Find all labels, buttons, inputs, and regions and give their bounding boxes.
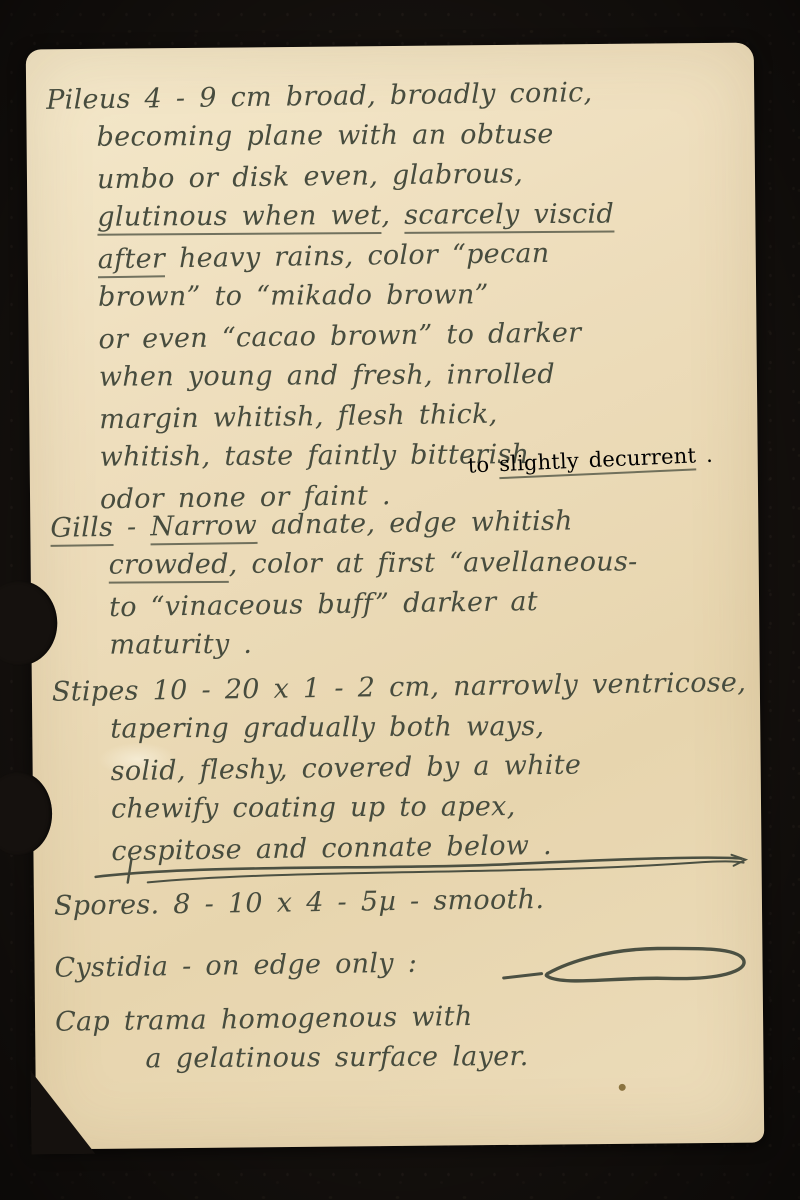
handwritten-line: chewify coating up to apex,	[111, 786, 747, 830]
underlined-text: after	[98, 243, 166, 278]
text-segment: margin whitish, flesh thick,	[99, 399, 498, 436]
text-segment: whitish, taste faintly bitterish	[100, 439, 530, 473]
text-segment: to “vinaceous buff” darker at	[109, 586, 538, 623]
text-segment: solid, fleshy, covered by a white	[110, 750, 581, 788]
handwritten-line: to “vinaceous buff” darker at	[109, 579, 745, 628]
handwritten-line: becoming plane with an obtuse	[96, 114, 740, 158]
text-segment: Stipes 10 - 20 x 1 - 2 cm, narrowly vent…	[52, 667, 747, 708]
handwritten-line: a gelatinous surface layer.	[145, 1036, 749, 1080]
section-stipe: Stipes 10 - 20 x 1 - 2 cm, narrowly vent…	[46, 665, 748, 872]
text-segment: -	[113, 511, 151, 543]
handwritten-line: Gills - Narrow adnate, edge whitish	[50, 499, 744, 549]
handwritten-line: glutinous when wet, scarcely viscid	[97, 194, 741, 238]
underlined-text: Narrow	[150, 510, 257, 545]
text-segment: maturity .	[109, 629, 252, 661]
handwritten-line: solid, fleshy, covered by a white	[110, 743, 746, 792]
text-segment: tapering gradually both ways,	[110, 711, 544, 745]
notebook-page: Pileus 4 - 9 cm broad, broadly conic, be…	[26, 43, 765, 1150]
handwritten-line: umbo or disk even, glabrous,	[97, 151, 741, 200]
underlined-text: crowded	[109, 549, 229, 584]
text-segment: becoming plane with an obtuse	[96, 119, 553, 153]
handwritten-line: or even “cacao brown” to darker	[98, 311, 742, 360]
text-segment: or even “cacao brown” to darker	[98, 317, 581, 355]
handwritten-line: brown” to “mikado brown”	[98, 274, 742, 318]
text-segment: brown” to “mikado brown”	[98, 279, 489, 312]
text-segment: heavy rains, color “pecan	[165, 238, 550, 274]
text-segment: Cap trama homogenous with	[55, 1001, 473, 1038]
handwritten-line: margin whitish, flesh thick,	[99, 391, 743, 440]
section-gills: Gills - Narrow adnate, edge whitish crow…	[44, 501, 746, 668]
underlined-text: Gills	[50, 512, 113, 547]
text-segment: chewify coating up to apex,	[111, 791, 516, 824]
text-segment: Pileus 4 - 9 cm broad, broadly conic,	[46, 77, 593, 116]
handwritten-line: Pileus 4 - 9 cm broad, broadly conic,	[46, 71, 740, 121]
text-segment: , color at first “avellaneous-	[229, 546, 638, 579]
text-segment: umbo or disk even, glabrous,	[97, 158, 523, 195]
pen-flourish-line	[85, 849, 753, 891]
cystidium-sketch	[489, 935, 762, 994]
handwritten-line: after heavy rains, color “pecan	[97, 231, 741, 280]
text-segment: .	[696, 443, 714, 468]
underlined-text: glutinous when wet	[97, 200, 381, 236]
handwritten-line: crowded, color at first “avellaneous-	[109, 542, 745, 586]
handwritten-line: tapering gradually both ways,	[110, 706, 746, 750]
section-cap-trama: Cap trama homogenous with a gelatinous s…	[49, 995, 750, 1082]
text-segment: adnate, edge whitish	[257, 506, 573, 541]
text-segment: to	[467, 452, 499, 477]
underlined-text: scarcely viscid	[404, 199, 614, 234]
handwritten-line: maturity .	[109, 622, 745, 666]
text-segment: ,	[381, 200, 404, 231]
text-segment: when young and fresh, inrolled	[99, 359, 555, 393]
text-segment: Cystidia - on edge only :	[54, 948, 417, 984]
handwritten-line: Stipes 10 - 20 x 1 - 2 cm, narrowly vent…	[52, 663, 746, 713]
text-segment: a gelatinous surface layer.	[145, 1041, 528, 1074]
handwritten-line: when young and fresh, inrolled	[99, 354, 743, 398]
